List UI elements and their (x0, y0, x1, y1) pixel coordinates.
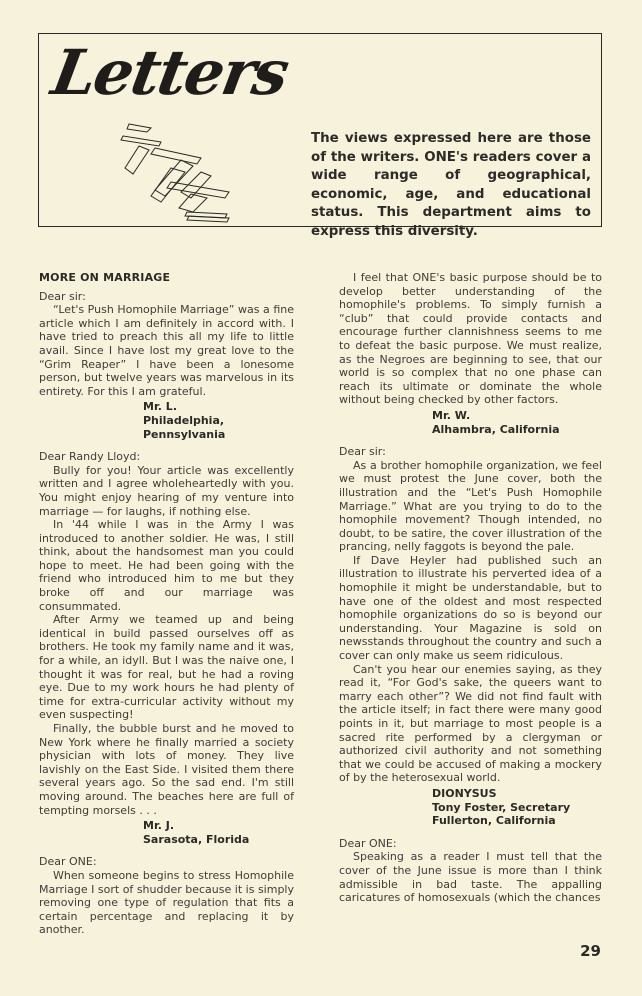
letter-signature: DIONYSUS Tony Foster, Secretary Fullerto… (339, 787, 602, 828)
signature-name: Mr. L. (143, 400, 294, 414)
letter-paragraph: Bully for you! Your article was excellen… (39, 464, 294, 518)
letter-paragraph: Speaking as a reader I must tell that th… (339, 850, 602, 904)
letter-salutation: Dear ONE: (39, 855, 294, 869)
letter-signature: Mr. L. Philadelphia, Pennsylvania (39, 400, 294, 441)
letter-paragraph: After Army we teamed up and being identi… (39, 613, 294, 722)
letter: Dear sir: As a brother homophile organiz… (339, 445, 602, 828)
signature-name: Mr. J. (143, 819, 294, 833)
signature-name: Mr. W. (432, 409, 602, 423)
signature-name: Tony Foster, Secretary (432, 801, 602, 815)
letter-signature: Mr. W. Alhambra, California (339, 409, 602, 436)
letter-paragraph: “Let's Push Homophile Marriage” was a fi… (39, 303, 294, 398)
signature-location: Fullerton, California (432, 814, 602, 828)
letter-signature: Mr. J. Sarasota, Florida (39, 819, 294, 846)
scattered-letters-illustration (111, 116, 251, 224)
letters-title: Letters (47, 36, 293, 109)
signature-location: Philadelphia, Pennsylvania (143, 414, 294, 441)
letter-paragraph: In '44 while I was in the Army I was int… (39, 518, 294, 613)
letters-header-box: Letters The views expressed here are tho… (38, 33, 602, 227)
letter-salutation: Dear ONE: (339, 837, 602, 851)
signature-location: Sarasota, Florida (143, 833, 294, 847)
intro-statement: The views expressed here are those of th… (311, 130, 591, 242)
letter-salutation: Dear sir: (339, 445, 602, 459)
letter-paragraph: Finally, the bubble burst and he moved t… (39, 722, 294, 817)
letter-paragraph: Can't you hear our enemies saying, as th… (339, 663, 602, 785)
signature-org: DIONYSUS (432, 787, 602, 801)
letter: Dear sir: “Let's Push Homophile Marriage… (39, 290, 294, 442)
letter-continued: I feel that ONE's basic purpose should b… (339, 271, 602, 436)
section-heading: MORE ON MARRIAGE (39, 271, 294, 285)
right-column: I feel that ONE's basic purpose should b… (339, 271, 602, 914)
left-column: MORE ON MARRIAGE Dear sir: “Let's Push H… (39, 271, 294, 946)
letter-salutation: Dear sir: (39, 290, 294, 304)
letter-paragraph: I feel that ONE's basic purpose should b… (339, 271, 602, 407)
signature-location: Alhambra, California (432, 423, 602, 437)
letter-paragraph: If Dave Heyler had published such an ill… (339, 554, 602, 663)
letter: Dear ONE: Speaking as a reader I must te… (339, 837, 602, 905)
letter: Dear ONE: When someone begins to stress … (39, 855, 294, 937)
letter-salutation: Dear Randy Lloyd: (39, 450, 294, 464)
letter-paragraph: As a brother homophile organization, we … (339, 459, 602, 554)
letter: Dear Randy Lloyd: Bully for you! Your ar… (39, 450, 294, 846)
page-number: 29 (580, 942, 601, 960)
letter-paragraph: When someone begins to stress Homophile … (39, 869, 294, 937)
